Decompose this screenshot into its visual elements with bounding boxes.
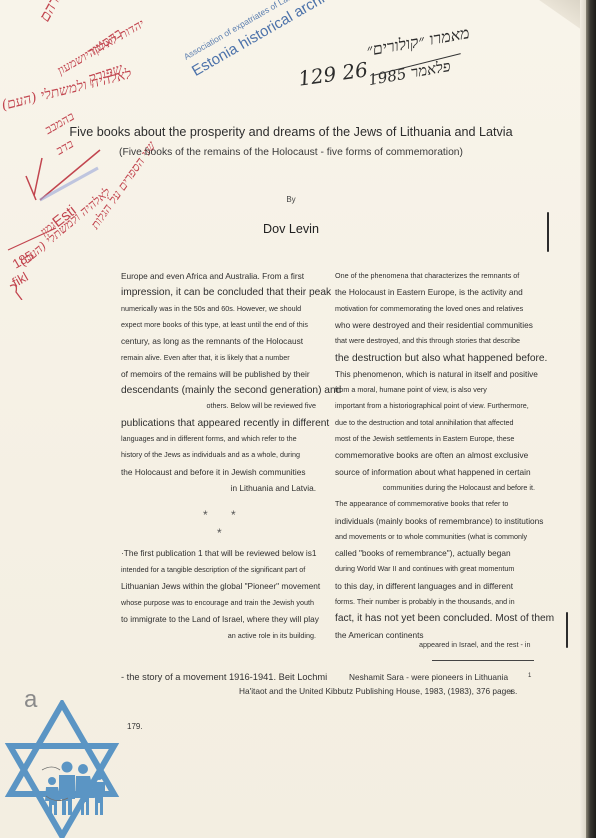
- text-line: in Lithuania and Latvia.: [231, 483, 316, 493]
- text-line: fact, it has not yet been concluded. Mos…: [335, 613, 554, 624]
- text-line: motivation for commemorating the loved o…: [335, 304, 523, 313]
- text-line: that were destroyed, and this through st…: [335, 336, 520, 345]
- text-line: expect more books of this type, at least…: [121, 320, 308, 329]
- footnote-line-1-left: - the story of a movement 1916-1941. Bei…: [121, 672, 327, 682]
- separator-star-2: *: [231, 508, 236, 522]
- page-corner-fold: [536, 0, 586, 30]
- margin-pencil-mark-1: [547, 212, 549, 252]
- text-line: communities during the Holocaust and bef…: [383, 483, 535, 492]
- text-line: and movements or to whole communities (w…: [335, 532, 527, 541]
- star-of-david-family-icon: [2, 700, 134, 838]
- text-line: One of the phenomena that characterizes …: [335, 271, 519, 280]
- text-line: of memoirs of the remains will be publis…: [121, 369, 310, 379]
- text-line: an active role in its building.: [228, 631, 316, 640]
- text-line: forms. Their number is probably in the t…: [335, 597, 515, 606]
- document-subtitle: (Five books of the remains of the Holoca…: [0, 147, 582, 158]
- author-name: Dov Levin: [0, 222, 582, 236]
- text-line: descendants (mainly the second generatio…: [121, 385, 341, 396]
- text-line: the destruction but also what happened b…: [335, 353, 547, 364]
- footnote-marker: 1: [528, 673, 531, 679]
- text-line: who were destroyed and their residential…: [335, 320, 533, 330]
- text-line: to immigrate to the Land of Israel, wher…: [121, 614, 319, 624]
- text-line: individuals (mainly books of remembrance…: [335, 516, 543, 526]
- text-line: important from a historiographical point…: [335, 401, 529, 410]
- text-line: source of information about what happene…: [335, 467, 531, 477]
- by-label: By: [0, 195, 582, 204]
- text-line: during World War II and continues with g…: [335, 564, 514, 573]
- text-line: the American continents: [335, 630, 424, 640]
- footnote-line-1-right: Neshamit Sara - were pioneers in Lithuan…: [349, 672, 508, 682]
- text-line: others. Below will be reviewed five: [207, 401, 316, 410]
- text-line: The appearance of commemorative books th…: [335, 499, 508, 508]
- text-line: due to the destruction and total annihil…: [335, 418, 514, 427]
- text-line: to this day, in different languages and …: [335, 581, 513, 591]
- text-line: languages and in different forms, and wh…: [121, 434, 297, 443]
- text-line: publications that appeared recently in d…: [121, 418, 329, 429]
- text-line: remain alive. Even after that, it is lik…: [121, 353, 290, 362]
- document-title: Five books about the prosperity and drea…: [0, 125, 582, 139]
- text-line: Europe and even Africa and Australia. Fr…: [121, 271, 304, 281]
- text-line: Lithuanian Jews within the global "Pione…: [121, 581, 320, 591]
- text-line: ·The first publication 1 that will be re…: [121, 548, 317, 558]
- margin-pencil-mark-2: [566, 612, 568, 648]
- text-line: numerically was in the 50s and 60s. Howe…: [121, 304, 301, 313]
- text-line: commemorative books are often an almost …: [335, 450, 528, 460]
- separator-star-1: *: [203, 508, 208, 522]
- text-line: century, as long as the remnants of the …: [121, 336, 303, 346]
- separator-star-3: *: [217, 526, 222, 540]
- text-line: the Holocaust in Eastern Europe, is the …: [335, 287, 523, 297]
- scan-border: [586, 0, 596, 838]
- text-line: the Holocaust and before it in Jewish co…: [121, 467, 305, 477]
- footnote-line-2: Ha'itaot and the United Kibbutz Publishi…: [239, 686, 517, 696]
- footnote-rule: [432, 660, 534, 661]
- text-line: called "books of remembrance"), actually…: [335, 548, 511, 558]
- text-line: history of the Jews as individuals and a…: [121, 450, 300, 459]
- text-line: intended for a tangible description of t…: [121, 565, 305, 574]
- text-line: whose purpose was to encourage and train…: [121, 598, 314, 607]
- text-line: from a moral, humane point of view, is a…: [335, 385, 487, 394]
- right-column-tail: appeared in Israel, and the rest - in: [419, 640, 530, 649]
- text-line: impression, it can be concluded that the…: [121, 287, 331, 298]
- footnote-line-2-mark: ı: [510, 686, 512, 696]
- text-line: This phenomenon, which is natural in its…: [335, 369, 538, 379]
- text-line: most of the Jewish settlements in Easter…: [335, 434, 514, 443]
